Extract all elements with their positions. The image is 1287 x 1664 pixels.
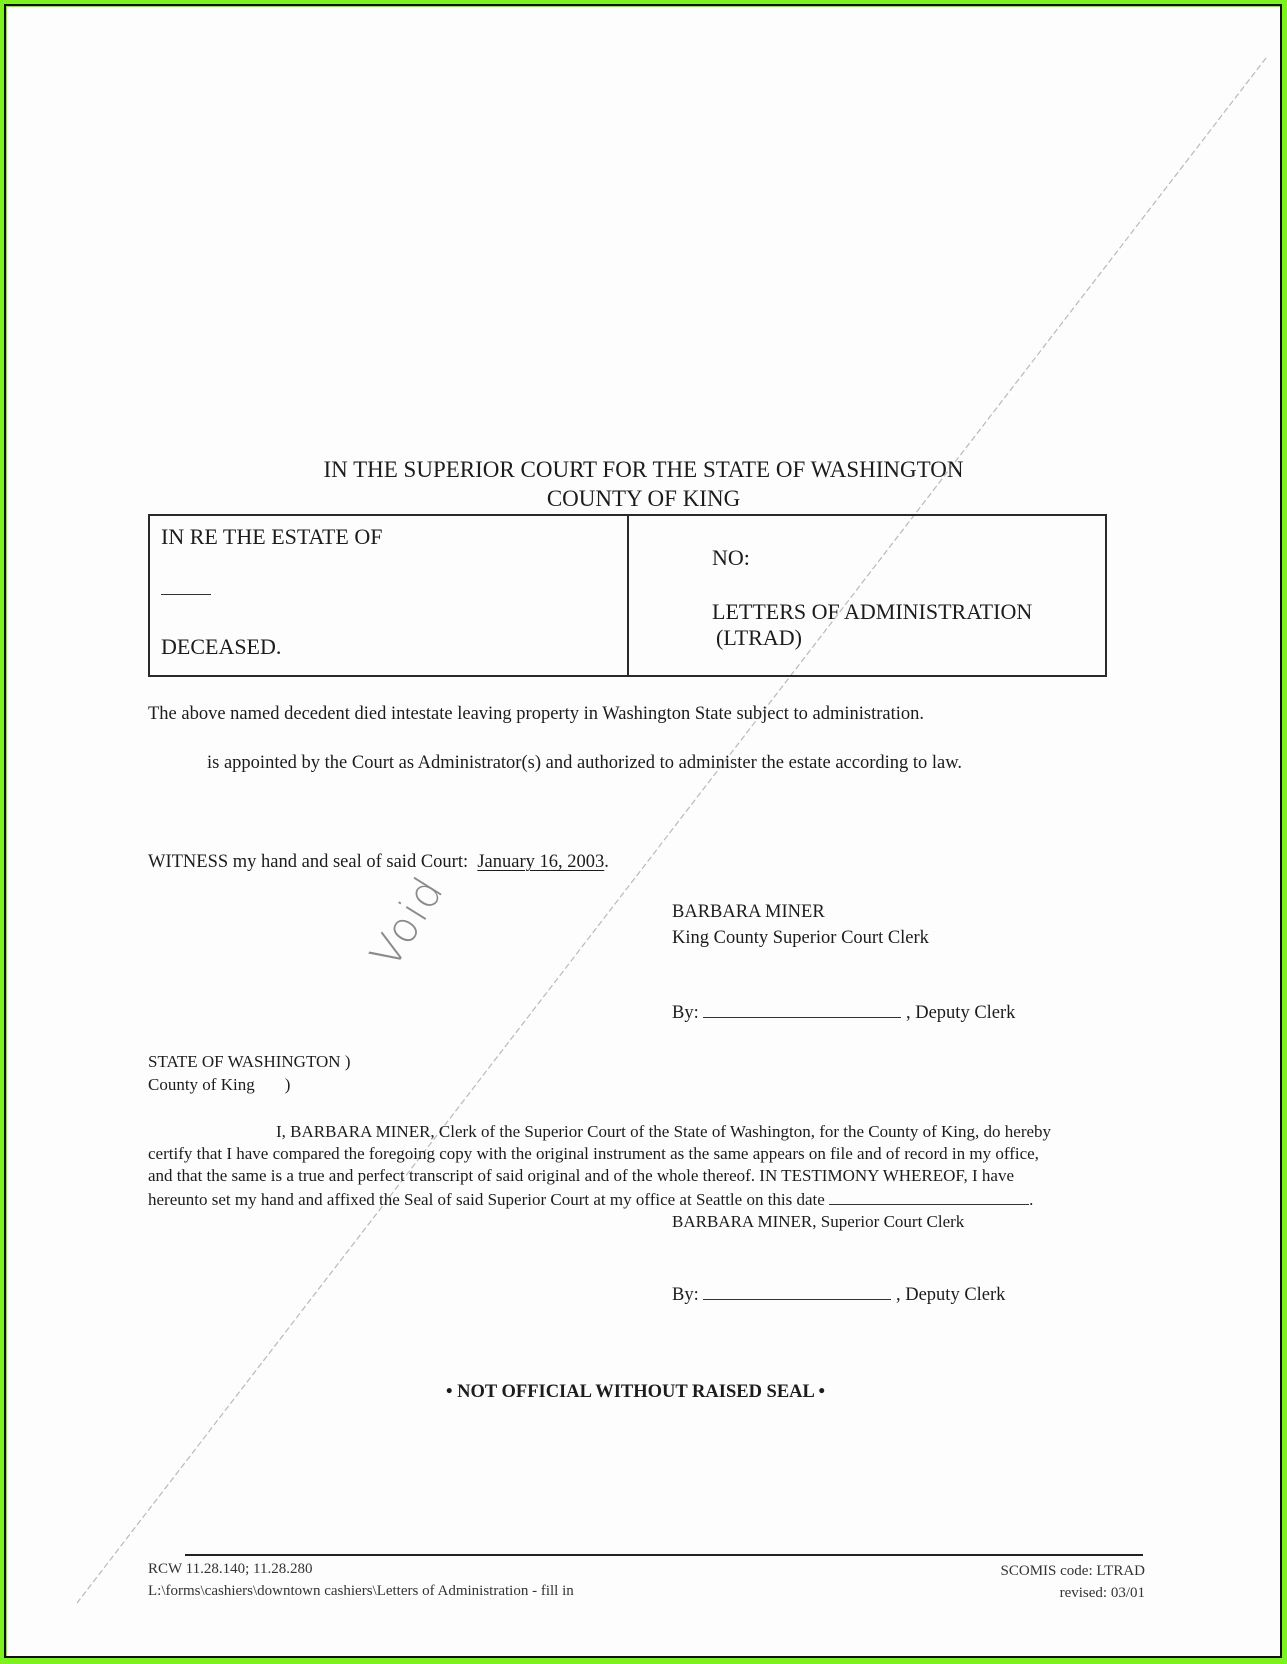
deputy-label-2: , Deputy Clerk xyxy=(896,1285,1005,1305)
court-title: IN THE SUPERIOR COURT FOR THE STATE OF W… xyxy=(7,458,1280,481)
seal-notice: • NOT OFFICIAL WITHOUT RAISED SEAL • xyxy=(0,1383,1272,1402)
clerk-title: King County Superior Court Clerk xyxy=(672,929,929,948)
witness-line: WITNESS my hand and seal of said Court: … xyxy=(148,853,609,872)
by-label: By: xyxy=(672,1003,699,1023)
document-page: IN THE SUPERIOR COURT FOR THE STATE OF W… xyxy=(7,7,1280,1656)
venue-county: County of King) xyxy=(148,1076,290,1093)
by-label-2: By: xyxy=(672,1285,699,1305)
footer-rule xyxy=(185,1554,1143,1556)
certification-line-2: certify that I have compared the foregoi… xyxy=(148,1145,1039,1162)
footer-statute: RCW 11.28.140; 11.28.280 xyxy=(148,1562,312,1577)
certification-date-suffix: . xyxy=(1029,1190,1033,1209)
deputy-label: , Deputy Clerk xyxy=(906,1003,1015,1023)
footer-scomis-code: SCOMIS code: LTRAD xyxy=(1001,1564,1145,1579)
certifying-clerk: BARBARA MINER, Superior Court Clerk xyxy=(672,1213,964,1230)
deputy-signature-line-1: By: , Deputy Clerk xyxy=(672,1003,1015,1023)
certification-line-1: I, BARBARA MINER, Clerk of the Superior … xyxy=(276,1123,1051,1140)
footer-file-path: L:\forms\cashiers\downtown cashiers\Lett… xyxy=(148,1584,574,1599)
certification-date-blank[interactable] xyxy=(829,1190,1029,1205)
caption-box: IN RE THE ESTATE OF DECEASED. NO: LETTER… xyxy=(148,514,1107,677)
certification-line-3: and that the same is a true and perfect … xyxy=(148,1167,1014,1184)
decedent-name-blank[interactable] xyxy=(161,594,211,595)
deputy-signature-line-2: By: , Deputy Clerk xyxy=(672,1285,1005,1305)
case-number-label: NO: xyxy=(712,547,750,569)
certification-line-4: hereunto set my hand and affixed the Sea… xyxy=(148,1190,1033,1208)
witness-suffix: . xyxy=(604,852,609,872)
handwritten-void-mark: Void xyxy=(360,867,453,976)
document-code: (LTRAD) xyxy=(716,627,802,649)
intestate-statement: The above named decedent died intestate … xyxy=(148,705,924,724)
document-title: LETTERS OF ADMINISTRATION xyxy=(712,601,1032,623)
appointment-statement: is appointed by the Court as Administrat… xyxy=(207,754,962,773)
diagonal-line-mark xyxy=(7,7,1280,1656)
witness-prefix: WITNESS my hand and seal of said Court: xyxy=(148,852,468,872)
venue-county-paren: ) xyxy=(285,1075,291,1094)
certification-line-4-text: hereunto set my hand and affixed the Sea… xyxy=(148,1190,825,1209)
footer-revised: revised: 03/01 xyxy=(1060,1586,1145,1601)
deceased-label: DECEASED. xyxy=(161,636,281,658)
deputy-signature-blank-2[interactable] xyxy=(703,1285,891,1300)
deputy-signature-blank[interactable] xyxy=(703,1003,901,1018)
venue-state: STATE OF WASHINGTON ) xyxy=(148,1053,351,1070)
venue-county-label: County of King xyxy=(148,1075,255,1094)
witness-date: January 16, 2003 xyxy=(477,852,604,872)
caption-divider xyxy=(627,516,629,675)
county-title: COUNTY OF KING xyxy=(7,487,1280,510)
clerk-name: BARBARA MINER xyxy=(672,903,825,922)
estate-label: IN RE THE ESTATE OF xyxy=(161,526,383,548)
